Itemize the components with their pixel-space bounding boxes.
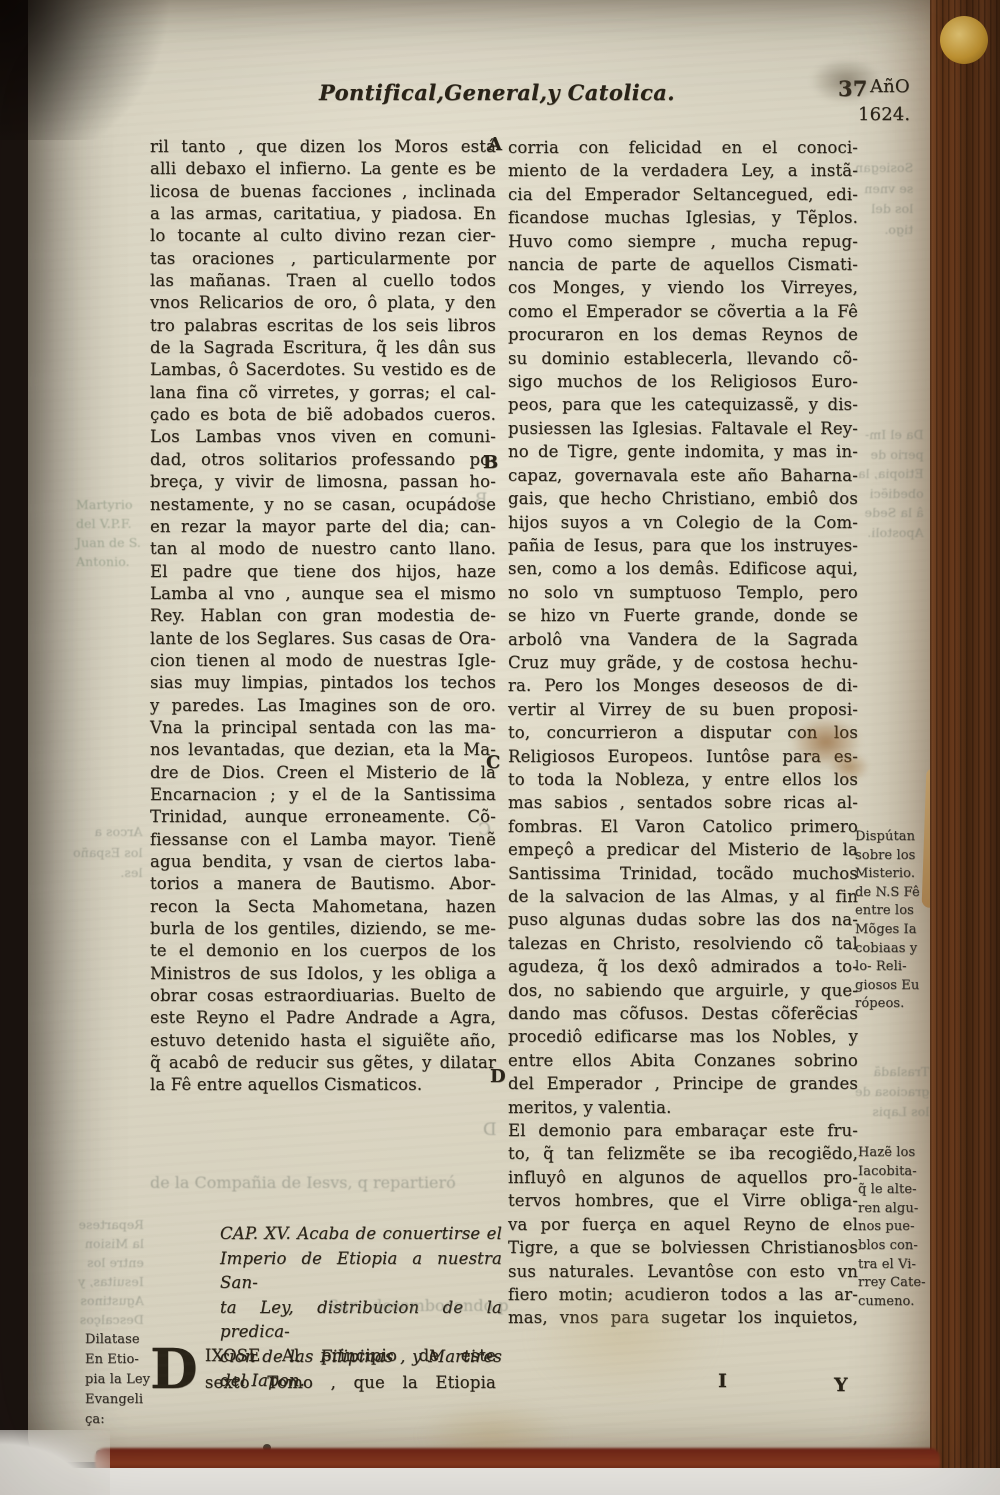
text-line: gais, que hecho Christiano, embiô dos — [508, 487, 858, 510]
text-line: de la Sagrada Escritura, q̃ les dân sus — [150, 337, 496, 359]
text-line: puso algunas dudas sobre las dos na- — [508, 908, 858, 931]
section-marker-d-ghost: D — [483, 1120, 497, 1140]
margin-note-line: ren algu- — [858, 1200, 926, 1219]
margin-note-ghost-sosiegan: Sosieganse vnenlos deltigo. — [855, 158, 913, 240]
text-line: tan al modo de nuestro canto llano. — [150, 538, 496, 560]
book-page: Pontifical,General,y Catolica. 37 AñO 16… — [28, 0, 933, 1462]
text-line: miento de la verdadera Ley, a instã- — [508, 159, 858, 182]
text-line: va por fuerça en aquel Reyno de el — [508, 1213, 858, 1236]
text-line: alli debaxo el infierno. La gente es be — [150, 158, 496, 180]
text-line: lana fina cõ virretes, y gorras; el cal- — [150, 382, 496, 404]
margin-note-line: Juan de S. — [76, 533, 141, 552]
table-surface-corner — [0, 1430, 110, 1495]
text-line: Religiosos Europeos. Iuntôse para es- — [508, 745, 858, 768]
text-line: agudeza, q̃ los dexô admirados a to- — [508, 955, 858, 978]
text-line: Cruz muy grãde, y de costosa hechu- — [508, 651, 858, 674]
text-line: IXOSE Al principio de este — [150, 1342, 496, 1369]
text-line: corria con felicidad en el conoci- — [508, 136, 858, 159]
text-line: estuvo detenido hasta el siguiẽte año, — [150, 1030, 496, 1052]
margin-note-line: entre los — [855, 902, 920, 921]
text-line: tas oraciones , particularmente por — [150, 248, 496, 270]
text-line: fiero motin; acudieron todos a las ar- — [508, 1283, 858, 1306]
margin-note-ghost-traslada: Trasladãgraciosa delos Lapis — [855, 1062, 929, 1122]
chapter-heading-line: Imperio de Etiopia a nuestra San- — [220, 1247, 502, 1296]
text-line: Rey. Hablan con gran modestia de- — [150, 605, 496, 627]
margin-note-ghost-arcos: Arcos alos Españoles. — [73, 822, 142, 884]
margin-note-ghost-imperio: Da el Im-perio deEtiopia, laobediẽciâ la… — [858, 425, 924, 542]
text-line: ficandose muchas Iglesias, y Tẽplos. — [508, 206, 858, 229]
margin-note-line: tigo. — [855, 220, 913, 241]
text-line: agua bendita, y vsan de ciertos laba- — [150, 851, 496, 873]
text-line: su dominio establecerla, llevando cõ- — [508, 347, 858, 370]
margin-note-line: â la Sede — [858, 503, 924, 523]
text-line: tro palabras escritas de los seis libros — [150, 315, 496, 337]
left-text-column: ril tanto , que dizen los Moros estáalli… — [150, 136, 496, 1097]
book-fore-edge — [930, 0, 1000, 1468]
margin-note-line: Dispútan — [855, 828, 920, 847]
chapter-opening-paragraph: D IXOSE Al principio de estesexto Tomo ,… — [150, 1342, 496, 1396]
running-header: Pontifical,General,y Catolica. — [297, 80, 697, 105]
margin-note-line: graciosa de — [855, 1082, 929, 1102]
text-line: este Reyno el Padre Andrade a Agra, — [150, 1007, 496, 1029]
text-line: procediô edificarse mas los Nobles, y — [508, 1025, 858, 1048]
text-line: no solo vn sumptuoso Templo, pero — [508, 581, 858, 604]
margin-note-line: tra el Vi- — [858, 1256, 926, 1275]
text-line: Encarnacion ; y el de la Santissima — [150, 784, 496, 806]
text-line: El demonio para embaraçar este fru- — [508, 1119, 858, 1142]
margin-note-line: ça: — [85, 1410, 150, 1430]
text-line: El padre que tiene dos hijos, haze — [150, 561, 496, 583]
text-line: torios a manera de Bautismo. Abor- — [150, 873, 496, 895]
text-line: vertir al Virrey de su buen proposi- — [508, 698, 858, 721]
text-line: to, q̃ tan felizmẽte se iba recogiẽdo, — [508, 1142, 858, 1165]
text-line: lante de los Seglares. Sus casas de Ora- — [150, 628, 496, 650]
text-line: ra. Pero los Monges deseosos de di- — [508, 674, 858, 697]
text-line: hijos suyos a vn Colegio de la Com- — [508, 511, 858, 534]
text-line: arbolô vna Vandera de la Sagrada — [508, 628, 858, 651]
showthrough-line: de la Compañia de Iesvs, q repartieró — [150, 1172, 496, 1194]
text-line: cia del Emperador Seltancegued, edi- — [508, 183, 858, 206]
margin-note-line: rrey Cate- — [858, 1274, 926, 1293]
margin-note-line: del V.P.F. — [76, 514, 141, 533]
text-line: sigo muchos de los Religiosos Euro- — [508, 370, 858, 393]
text-line: como el Emperador se cõvertia a la Fê — [508, 300, 858, 323]
margin-note-line: perio de — [858, 445, 924, 465]
text-line: Los Lambas vnos viven en comuni- — [150, 426, 496, 448]
margin-note-martyrio: Martyriodel V.P.F.Juan de S.Antonio. — [76, 495, 141, 571]
margin-note-line: Martyrio — [76, 495, 141, 514]
text-line: empeçô a predicar del Misterio de la — [508, 838, 858, 861]
text-line: burla de los gentiles, diziendo, se me- — [150, 918, 496, 940]
text-line: Vna la principal sentada con las ma- — [150, 717, 496, 739]
margin-note-line: la Mision — [78, 1234, 144, 1253]
text-line: sias muy limpias, pintados los techos — [150, 672, 496, 694]
text-line: meritos, y valentia. — [508, 1096, 858, 1119]
text-line: dre de Dios. Creen el Misterio de la — [150, 762, 496, 784]
signature-mark: I — [718, 1370, 727, 1392]
margin-note-line: Da el Im- — [858, 425, 924, 445]
text-line: peos, para que les catequizassẽ, y dis- — [508, 393, 858, 416]
text-line: no de Tigre, gente indomita, y mas in- — [508, 440, 858, 463]
margin-note-line: cumeno. — [858, 1293, 926, 1312]
margin-note-line: nos pue- — [858, 1218, 926, 1237]
text-line: en rezar la mayor parte del dia; can- — [150, 516, 496, 538]
margin-note-line: los del — [855, 199, 913, 220]
text-line: sus naturales. Levantôse con esto vn — [508, 1260, 858, 1283]
text-line: las mañanas. Traen al cuello todos — [150, 270, 496, 292]
margin-note-line: Antonio. — [76, 552, 141, 571]
year-label: AñO — [870, 76, 910, 97]
margin-note-line: lo- Reli- — [855, 958, 920, 977]
right-text-column: corria con felicidad en el conoci-miento… — [508, 136, 858, 1330]
margin-note-line: los Lapis — [855, 1102, 929, 1122]
section-marker-c: C — [486, 752, 500, 773]
chapter-heading-line: CAP. XV. Acaba de conuertirse el — [220, 1222, 502, 1247]
margin-note-line: Hazẽ los — [858, 1144, 926, 1163]
text-line: dando mas cõfusos. Destas cõferẽcias — [508, 1002, 858, 1025]
margin-note-disputan: Dispútansobre losMisterio.de N.S Fêentre… — [855, 828, 920, 1014]
text-line: pusiessen las Iglesias. Faltavale el Rey… — [508, 417, 858, 440]
text-line: a las armas, caritatiua, y piadosa. En — [150, 203, 496, 225]
margin-note-line: En Etio- — [85, 1350, 150, 1370]
text-line: Huvo como siempre , mucha repug- — [508, 230, 858, 253]
text-line: sen, como a los demâs. Edificose aqui, — [508, 557, 858, 580]
margin-note-line: q̃ le alte- — [858, 1181, 926, 1200]
text-line: Trinidad, aunque erroneamente. Cõ- — [150, 806, 496, 828]
margin-note-line: se vnen — [855, 179, 913, 200]
text-line: dad, otros solitarios professando po- — [150, 449, 496, 471]
margin-note-line: cobiaas y — [855, 940, 920, 959]
text-line: fiessanse con el Lamba mayor. Tienẽ — [150, 829, 496, 851]
text-line: influyô en algunos de aquellos pro- — [508, 1166, 858, 1189]
text-line: çado es bota de biẽ adobados cueros. — [150, 404, 496, 426]
text-line: entre ellos Abita Conzanes sobrino — [508, 1049, 858, 1072]
text-line: nancia de parte de aquellos Cismati- — [508, 253, 858, 276]
text-line: nestamente, y no se casan, ocupádose — [150, 494, 496, 516]
margin-note-line: Trasladã — [855, 1062, 929, 1082]
margin-note-hazen: Hazẽ losIacobita-q̃ le alte-ren algu-nos… — [858, 1144, 926, 1311]
text-line: Lambas, ô Sacerdotes. Su vestido es de — [150, 359, 496, 381]
text-line: Santissima Trinidad, tocãdo muchos — [508, 862, 858, 885]
section-marker-b-ghost: B — [475, 490, 488, 510]
text-line: cos Monges, y viendo los Virreyes, — [508, 276, 858, 299]
book-photo: Pontifical,General,y Catolica. 37 AñO 16… — [0, 0, 1000, 1495]
text-line: obrar cosas estraordiuarias. Buelto de — [150, 985, 496, 1007]
margin-note-line: obediẽci — [858, 484, 924, 504]
text-line: de la salvacion de las Almas, y al fin — [508, 885, 858, 908]
margin-note-line: Descalços — [78, 1310, 144, 1329]
margin-note-dilatase: DilataseEn Etio-pia la LeyEvangeliça: — [85, 1330, 150, 1430]
text-line: cion tienen al modo de nuestras Igle- — [150, 650, 496, 672]
text-line: mas, vnos para sugetar los inquietos, — [508, 1306, 858, 1329]
text-line: vnos Relicarios de oro, ô plata, y den — [150, 292, 496, 314]
text-line: Lamba al vno , aunque sea el mismo — [150, 583, 496, 605]
text-line: q̃ acabô de reducir sus gẽtes, y dilatar — [150, 1052, 496, 1074]
gold-clasp-highlight — [940, 16, 988, 64]
text-line: te el demonio en los cuerpos de los — [150, 940, 496, 962]
text-line: se hizo vn Fuerte grande, donde se — [508, 604, 858, 627]
text-line: to, concurrieron a disputar con los — [508, 721, 858, 744]
text-line: dos, no sabiendo que arguirle, y que- — [508, 979, 858, 1002]
margin-note-line: Mõges Ia — [855, 921, 920, 940]
margin-note-line: Apostoli. — [858, 523, 924, 543]
page-number: 37 — [838, 76, 868, 101]
dixose-lines: IXOSE Al principio de estesexto Tomo , q… — [150, 1342, 496, 1396]
text-line: nos levantadas, que dezian, eta la Ma- — [150, 739, 496, 761]
text-line: sexto Tomo , que la Etiopia — [150, 1369, 496, 1396]
margin-note-line: Repartese — [78, 1215, 144, 1234]
margin-note-line: pia la Ley — [85, 1370, 150, 1390]
margin-note-line: rópeos. — [855, 995, 920, 1014]
margin-note-line: Etiopia, la — [858, 464, 924, 484]
table-surface — [0, 1468, 1000, 1495]
margin-note-line: Arcos a — [73, 822, 142, 843]
margin-note-line: blos con- — [858, 1237, 926, 1256]
text-line: y paredes. Las Imagines son de oro. — [150, 695, 496, 717]
margin-note-line: Iacobita- — [858, 1163, 926, 1182]
catchword: Y — [834, 1374, 848, 1396]
section-marker-d: D — [490, 1066, 506, 1087]
text-line: ril tanto , que dizen los Moros está — [150, 136, 496, 158]
margin-note-line: giosos Eu — [855, 977, 920, 996]
margin-note-line: entre los — [78, 1253, 144, 1272]
text-line: Tigre, a que se bolviessen Christianos — [508, 1236, 858, 1259]
text-line: to toda la Nobleza, y entre ellos los — [508, 768, 858, 791]
margin-note-line: los Españo — [73, 843, 142, 864]
section-marker-b: B — [483, 452, 498, 473]
drop-cap: D — [150, 1345, 198, 1393]
text-line: fombras. El Varon Catolico primero — [508, 815, 858, 838]
section-marker-c-ghost: C — [478, 820, 491, 840]
margin-note-line: Agustinos — [78, 1291, 144, 1310]
margin-note-line: Iesuitas, y — [78, 1272, 144, 1291]
text-line: la Fê entre aquellos Cismaticos. — [150, 1074, 496, 1096]
margin-note-line: Dilatase — [85, 1330, 150, 1350]
text-line: tervos hombres, que el Virre obliga- — [508, 1189, 858, 1212]
margin-note-line: de N.S Fê — [855, 884, 920, 903]
text-line: talezas en Christo, resolviendo cõ tal — [508, 932, 858, 955]
text-line: pañia de Iesus, para que los instruyes- — [508, 534, 858, 557]
margin-note-line: Sosiegan — [855, 158, 913, 179]
margin-note-ghost-repartese: Repartesela Misionentre losIesuitas, yAg… — [78, 1215, 144, 1329]
margin-note-line: Misterio. — [855, 865, 920, 884]
text-line: lo tocante al culto divino rezan cier- — [150, 225, 496, 247]
text-line: recon la Secta Mahometana, hazen — [150, 896, 496, 918]
text-line: breça, y vivir de limosna, passan ho- — [150, 471, 496, 493]
corner-shadow — [0, 0, 190, 140]
text-line: Ministros de sus Idolos, y les obliga a — [150, 963, 496, 985]
margin-note-line: Evangeli — [85, 1390, 150, 1410]
text-line: del Emperador , Principe de grandes — [508, 1072, 858, 1095]
text-line: licosa de buenas facciones , inclinada — [150, 181, 496, 203]
margin-note-line: les. — [73, 863, 142, 884]
showthrough-line: Sur , desembocando p — [328, 1295, 509, 1317]
text-line: procuraron en los demas Reynos de — [508, 323, 858, 346]
margin-note-line: sobre los — [855, 847, 920, 866]
text-line: mas sabios , sentados sobre ricas al- — [508, 791, 858, 814]
section-marker-a: A — [488, 134, 502, 155]
year-value: 1624. — [858, 104, 910, 125]
text-line: capaz, governavala este año Baharna- — [508, 464, 858, 487]
